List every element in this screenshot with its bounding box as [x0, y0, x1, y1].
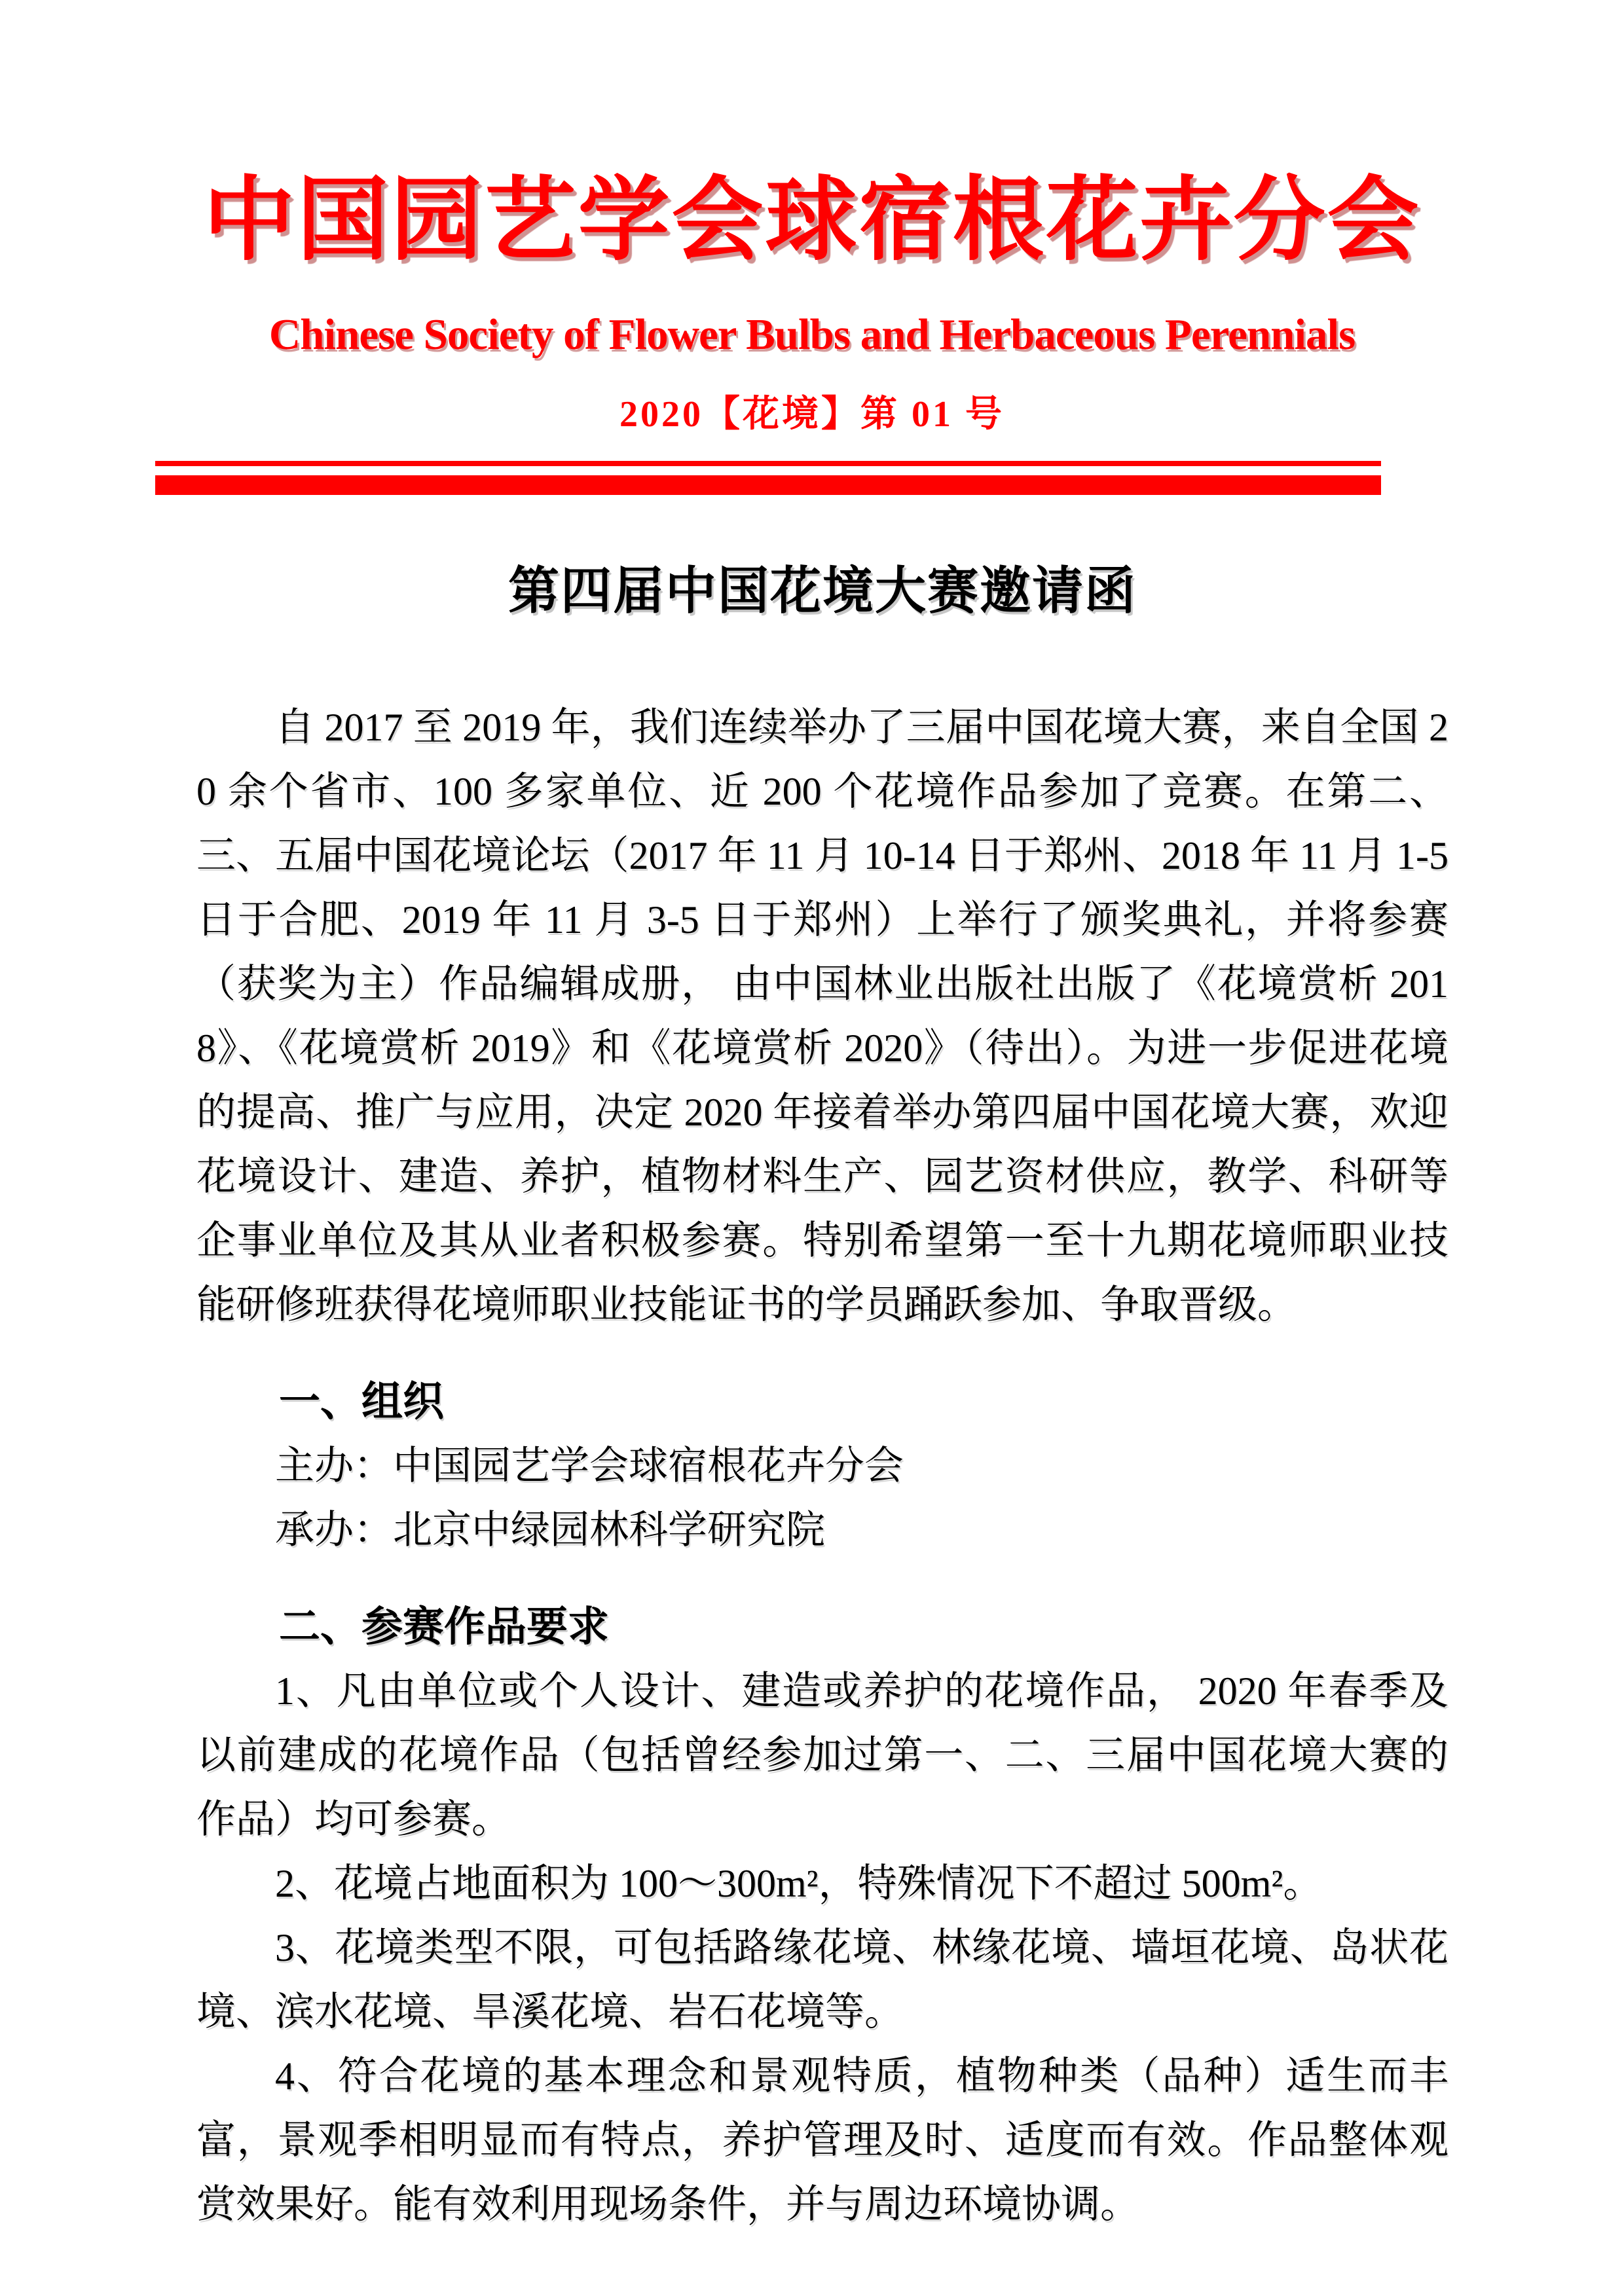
divider-thick-line: [155, 475, 1381, 495]
intro-paragraph: 自 2017 至 2019 年，我们连续举办了三届中国花境大赛，来自全国 20 …: [196, 695, 1449, 1337]
co-organizer-line: 承办：北京中绿园林科学研究院: [196, 1498, 1449, 1562]
section-heading-entry-requirements: 二、参赛作品要求: [196, 1595, 1449, 1659]
requirement-item-1: 1、凡由单位或个人设计、建造或养护的花境作品， 2020 年春季及以前建成的花境…: [196, 1659, 1449, 1851]
requirement-item-2: 2、花境占地面积为 100～300m²，特殊情况下不超过 500m²。: [196, 1851, 1449, 1916]
letter-title: 第四届中国花境大赛邀请函: [196, 564, 1449, 618]
letterhead-divider: [155, 461, 1381, 498]
requirement-item-3: 3、花境类型不限，可包括路缘花境、林缘花境、墙垣花境、岛状花境、滨水花境、旱溪花…: [196, 1916, 1449, 2044]
org-title-english: Chinese Society of Flower Bulbs and Herb…: [0, 311, 1624, 359]
letter-body: 第四届中国花境大赛邀请函 自 2017 至 2019 年，我们连续举办了三届中国…: [196, 564, 1449, 2236]
section-heading-organization: 一、组织: [196, 1370, 1449, 1434]
document-page: 中国园艺学会球宿根花卉分会 Chinese Society of Flower …: [0, 0, 1624, 2296]
divider-thin-line: [155, 461, 1381, 466]
letterhead: 中国园艺学会球宿根花卉分会 Chinese Society of Flower …: [0, 0, 1624, 433]
requirement-item-4: 4、符合花境的基本理念和景观特质，植物种类（品种）适生而丰富，景观季相明显而有特…: [196, 2044, 1449, 2236]
document-number: 2020【花境】第 01 号: [0, 396, 1624, 433]
org-title-chinese: 中国园艺学会球宿根花卉分会: [0, 172, 1624, 270]
host-organizer-line: 主办：中国园艺学会球宿根花卉分会: [196, 1434, 1449, 1498]
